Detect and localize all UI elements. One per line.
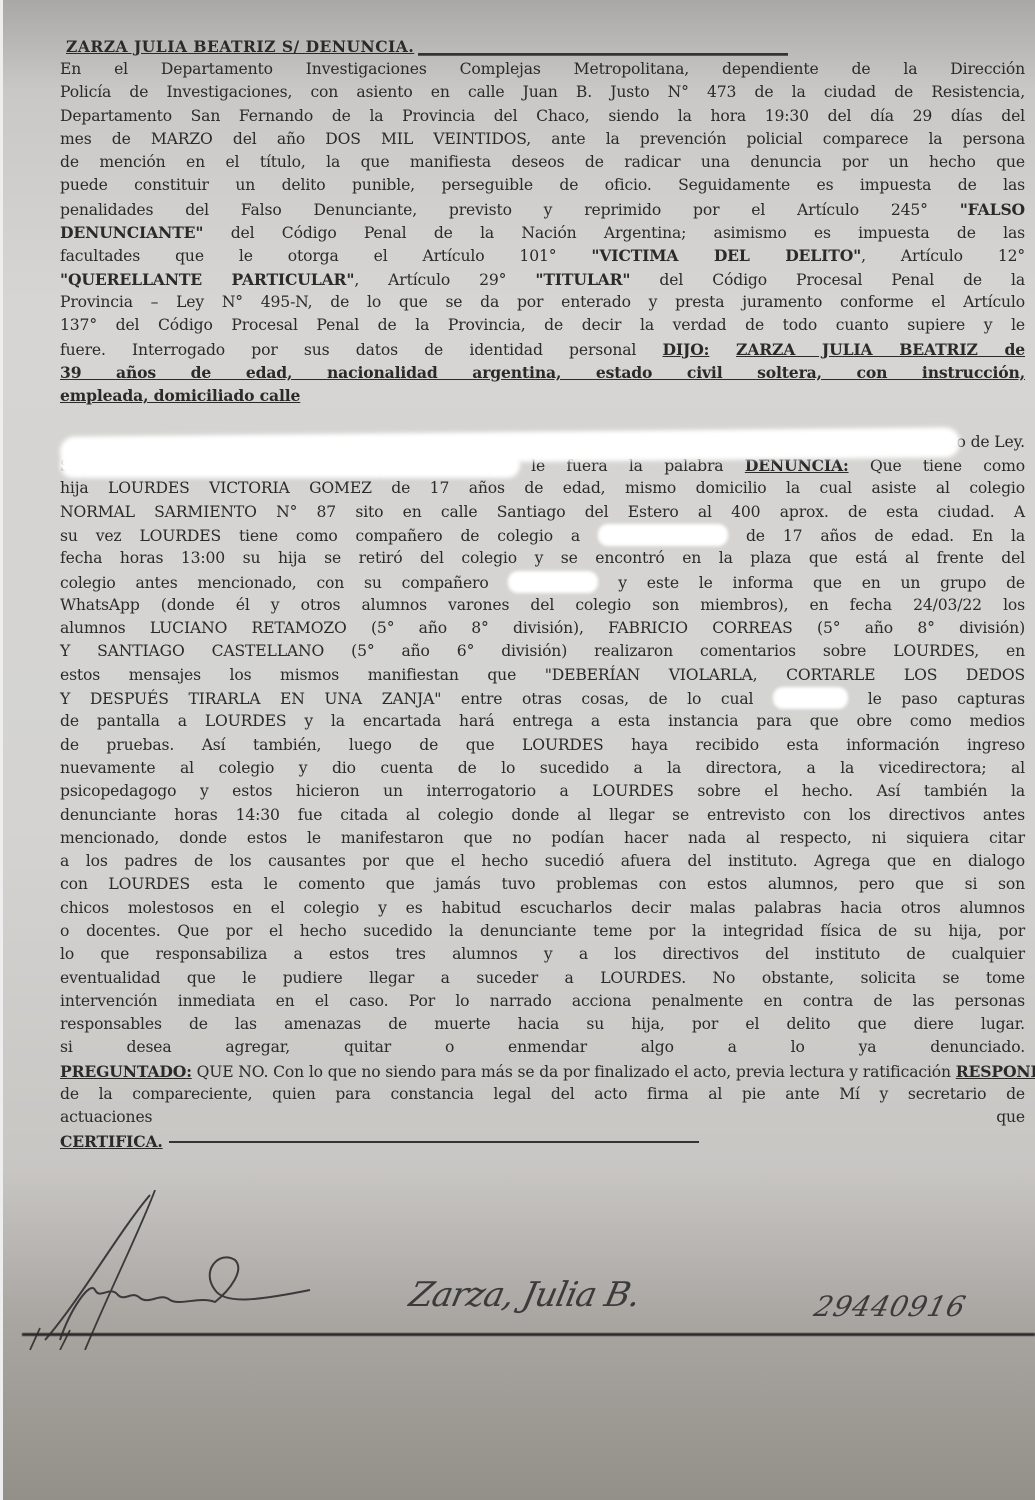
body-line: su vez LOURDES tiene como compañero de c… [60,524,1025,547]
body-line: fuere. Interrogado por sus datos de iden… [60,338,1025,361]
body-line: facultades que le otorga el Artículo 101… [60,244,1025,267]
body-line: NORMAL SARMIENTO N° 87 sito en calle San… [60,501,1025,524]
body-line: Departamento San Fernando de la Provinci… [60,105,1025,128]
body-line: denunciante horas 14:30 fue citada al co… [60,804,1025,827]
body-line: alumnos LUCIANO RETAMOZO (5° año 8° divi… [60,617,1025,640]
document-title: ZARZA JULIA BEATRIZ S/ DENUNCIA. [66,35,414,58]
identity-details: 39 años de edad, nacionalidad argentina,… [60,363,1025,382]
officer-signature [0,1190,1035,1350]
name-suffix: de [978,340,1025,359]
body-line: chicos molestosos en el colegio y es hab… [60,897,1025,920]
body-line: 137° del Código Procesal Penal de la Pro… [60,314,1025,337]
body-line: a los padres de los causantes por que el… [60,850,1025,873]
body-line: colegio antes mencionado, con su compañe… [60,571,1025,594]
line-text: del Código Penal de la Nación Argentina;… [203,224,1025,242]
responde-label: RESPONDE: [956,1062,1035,1081]
body-line: intervención inmediata en el caso. Por l… [60,990,1025,1013]
redacted-name [598,524,728,546]
address-label: empleada, domiciliado calle [60,386,300,405]
declarant-signature: Zarza, Julia B. [406,1275,644,1315]
body-line: mencionado, donde estos le manifestaron … [60,827,1025,850]
line-text: , Artículo 29° [354,271,535,289]
line-text: del Código Procesal Penal de la [630,271,1025,289]
signature-line [22,1333,1035,1336]
preguntado-label: PREGUNTADO: [60,1062,192,1081]
bold-quote: "TITULAR" [535,270,630,289]
body-line: eventualidad que le pudiere llegar a suc… [60,967,1025,990]
line-text: le paso capturas [868,690,1025,708]
body-line: CERTIFICA. [60,1130,1025,1153]
id-number-handwritten: 29440916 [811,1290,970,1323]
body-line: puede constituir un delito punible, pers… [60,174,1025,197]
body-line: PREGUNTADO: QUE NO. Con lo que no siendo… [60,1060,1025,1083]
body-line: fecha horas 13:00 su hija se retiró del … [60,547,1025,570]
line-text: penalidades del Falso Denunciante, previ… [60,201,960,219]
certifica-rule [169,1141,699,1143]
body-line: DENUNCIANTE" del Código Penal de la Naci… [60,221,1025,244]
body-line: mes de MARZO del año DOS MIL VEINTIDOS, … [60,128,1025,151]
line-text: facultades que le otorga el Artículo 101… [60,247,591,265]
signature-area: Zarza, Julia B. 29440916 [0,1190,1035,1350]
body-line: penalidades del Falso Denunciante, previ… [60,198,1025,221]
bold-quote: "VICTIMA DEL DELITO" [591,246,861,265]
body-line: 39 años de edad, nacionalidad argentina,… [60,361,1025,384]
line-text: colegio antes mencionado, con su compañe… [60,574,489,592]
body-line: Provincia – Ley N° 495-N, de lo que se d… [60,291,1025,314]
line-text: fuere. Interrogado por sus datos de iden… [60,341,662,359]
body-line: actuaciones que [60,1106,1025,1129]
body-line: "QUERELLANTE PARTICULAR", Artículo 29° "… [60,268,1025,291]
bold-quote: "QUERELLANTE PARTICULAR" [60,270,354,289]
police-report-document: ZARZA JULIA BEATRIZ S/ DENUNCIA. En el D… [60,38,1025,1153]
body-line: empleada, domiciliado calle [60,384,1025,407]
body-line: de la compareciente, quien para constanc… [60,1083,1025,1106]
report-body: En el Departamento Investigaciones Compl… [60,58,1025,1153]
bold-quote: "FALSO [960,200,1025,219]
body-line: de pantalla a LOURDES y la encartada har… [60,710,1025,733]
body-line: si desea agregar, quitar o enmendar algo… [60,1036,1025,1059]
line-text: QUE NO. Con lo que no siendo para más se… [197,1063,951,1081]
body-line: hija LOURDES VICTORIA GOMEZ de 17 años d… [60,477,1025,500]
bold-quote: DENUNCIANTE" [60,223,203,242]
body-line: nuevamente al colegio y dio cuenta de lo… [60,757,1025,780]
certifica-label: CERTIFICA. [60,1132,163,1151]
body-line: estos mensajes los mismos manifiestan qu… [60,664,1025,687]
line-text: y este le informa que en un grupo de [618,574,1025,592]
body-line: responsables de las amenazas de muerte h… [60,1013,1025,1036]
body-line: o docentes. Que por el hecho sucedido la… [60,920,1025,943]
redacted-name [773,687,848,709]
body-line: WhatsApp (donde él y otros alumnos varon… [60,594,1025,617]
redacted-address [60,452,520,478]
declarant-name: ZARZA JULIA BEATRIZ [736,340,978,359]
line-text: Y DESPUÉS TIRARLA EN UNA ZANJA" entre ot… [60,690,753,708]
line-text: , Artículo 12° [861,247,1025,265]
body-line: con LOURDES esta le comento que jamás tu… [60,873,1025,896]
document-title-row: ZARZA JULIA BEATRIZ S/ DENUNCIA. [66,38,1025,58]
line-text: de 17 años de edad. En la [746,527,1025,545]
body-line: Policía de Investigaciones, con asiento … [60,81,1025,104]
body-line: de mención en el título, la que manifies… [60,151,1025,174]
title-rule [418,53,788,56]
body-line: En el Departamento Investigaciones Compl… [60,58,1025,81]
body-line: Y SANTIAGO CASTELLANO (5° año 6° divisió… [60,640,1025,663]
dijo-label: DIJO: [662,340,709,359]
body-line: de pruebas. Así también, luego de que LO… [60,734,1025,757]
line-text: Que tiene como [849,457,1025,475]
redacted-name [508,571,598,593]
body-line: Y DESPUÉS TIRARLA EN UNA ZANJA" entre ot… [60,687,1025,710]
body-line: lo que responsabiliza a estos tres alumn… [60,943,1025,966]
body-line: psicopedagogo y estos hicieron un interr… [60,780,1025,803]
line-text: su vez LOURDES tiene como compañero de c… [60,527,580,545]
